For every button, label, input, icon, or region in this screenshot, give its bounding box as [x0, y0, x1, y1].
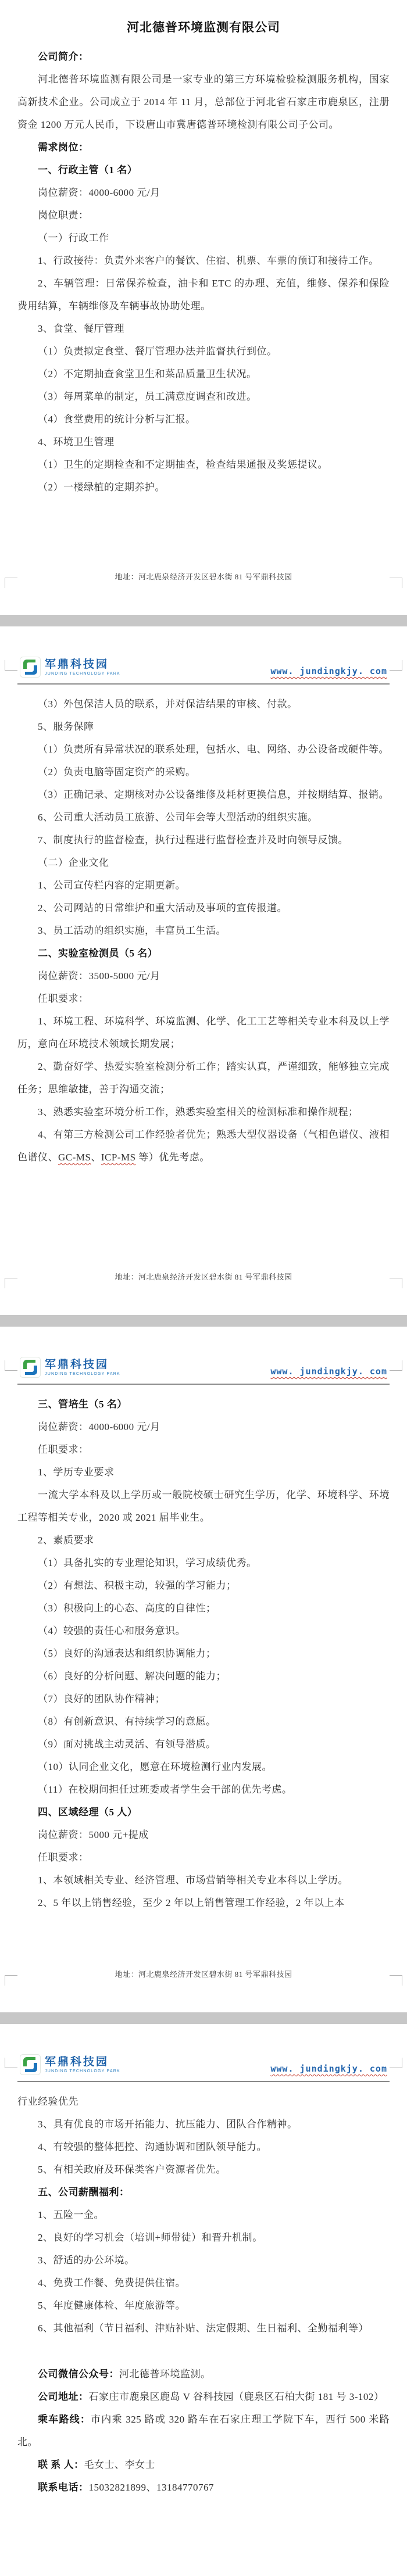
paragraph: （2）不定期抽查食堂卫生和菜品质量卫生状况。	[17, 363, 390, 385]
paragraph: 3、员工活动的组织实施，丰富员工生活。	[17, 919, 390, 942]
paragraph: 岗位薪资：3500-5000 元/月	[17, 965, 390, 987]
paragraph: 联 系 人：毛女士、李女士	[17, 2453, 390, 2476]
paragraph: 5、有相关政府及环保类客户资源者优先。	[17, 2158, 390, 2181]
paragraph: 1、行政接待：负责外来客户的餐饮、住宿、机票、车票的预订和接待工作。	[17, 249, 390, 272]
paragraph: 1、学历专业要求	[17, 1461, 390, 1484]
crop-mark	[390, 1278, 402, 1288]
page-content: 河北德普环境监测有限公司公司简介：河北德普环境监测有限公司是一家专业的第三方环境…	[0, 0, 407, 499]
crop-mark	[5, 2058, 17, 2068]
paragraph: 任职要求：	[17, 1846, 390, 1869]
text-run: 15032821899、13184770767	[89, 2482, 215, 2493]
junding-logo-icon	[20, 2054, 41, 2075]
paragraph: 公司微信公众号：河北德普环境监测。	[17, 2363, 390, 2385]
paragraph: （3）外包保洁人员的联系，并对保洁结果的审核、付款。	[17, 693, 390, 715]
paragraph: 岗位职责：	[17, 204, 390, 227]
paragraph: 河北德普环境监测有限公司是一家专业的第三方环境检验检测服务机构，国家高新技术企业…	[17, 68, 390, 136]
section-heading: 需求岗位：	[17, 136, 390, 159]
page-separator	[0, 1315, 407, 1327]
paragraph: 行业经验优先	[17, 2090, 390, 2113]
page-separator	[0, 615, 407, 626]
crop-mark	[390, 2058, 402, 2068]
paragraph: 2、素质要求	[17, 1529, 390, 1552]
document-page-1: 河北德普环境监测有限公司公司简介：河北德普环境监测有限公司是一家专业的第三方环境…	[0, 0, 407, 615]
page-content: 三、管培生（5 名）岗位薪资：4000-6000 元/月任职要求：1、学历专业要…	[0, 1385, 407, 1914]
paragraph: 2、良好的学习机会（培训+师带徒）和晋升机制。	[17, 2226, 390, 2249]
section-heading: 二、实验室检测员（5 名）	[17, 942, 390, 965]
spellcheck-term: GC-MS	[58, 1152, 91, 1163]
text-run: 毛女士、李女士	[84, 2459, 156, 2470]
paragraph: 6、其他福利（节日福利、津贴补贴、法定假期、生日福利、全勤福利等）	[17, 2317, 390, 2339]
text-run: 等）优先考虑。	[136, 1152, 210, 1163]
paragraph: 4、有较强的整体把控、沟通协调和团队领导能力。	[17, 2136, 390, 2158]
section-heading: 一、行政主管（1 名）	[17, 159, 390, 181]
footer-address: 地址：河北鹿泉经济开发区碧水街 81 号军鼎科技园	[115, 572, 292, 581]
website-link[interactable]: www. jundingkjy. com	[270, 1366, 387, 1377]
section-heading: 四、区域经理（5 人）	[17, 1801, 390, 1823]
paragraph: （4）较强的责任心和服务意识。	[17, 1620, 390, 1642]
document-page-4: 军鼎科技园JUNDING TECHNOLOGY PARKwww. junding…	[0, 2024, 407, 2576]
spellcheck-term: ICP-MS	[101, 1152, 136, 1163]
crop-mark	[5, 1278, 17, 1288]
logo-text-block: 军鼎科技园JUNDING TECHNOLOGY PARK	[45, 658, 120, 676]
paragraph: 乘车路线：市内乘 325 路或 320 路车在石家庄理工学院下车，西行 500 …	[17, 2408, 390, 2453]
paragraph: （4）食堂费用的统计分析与汇报。	[17, 408, 390, 431]
document: 河北德普环境监测有限公司公司简介：河北德普环境监测有限公司是一家专业的第三方环境…	[0, 0, 407, 2576]
text-run: 河北德普环境监测。	[119, 2369, 211, 2380]
page-footer: 地址：河北鹿泉经济开发区碧水街 81 号军鼎科技园	[0, 571, 407, 582]
junding-logo: 军鼎科技园JUNDING TECHNOLOGY PARK	[20, 657, 120, 678]
paragraph: 联系电话：15032821899、13184770767	[17, 2476, 390, 2499]
crop-mark	[390, 1360, 402, 1371]
footer-address: 地址：河北鹿泉经济开发区碧水街 81 号军鼎科技园	[115, 1970, 292, 1979]
paragraph: （2）有想法、积极主动，较强的学习能力；	[17, 1574, 390, 1597]
paragraph: 7、制度执行的监督检查，执行过程进行监督检查并及时向领导反馈。	[17, 829, 390, 851]
page-content: （3）外包保洁人员的联系，并对保洁结果的审核、付款。5、服务保障（1）负责所有异…	[0, 685, 407, 1169]
paragraph: （8）有创新意识、有持续学习的意愿。	[17, 1710, 390, 1733]
page-separator	[0, 2012, 407, 2024]
paragraph: 3、具有优良的市场开拓能力、抗压能力、团队合作精神。	[17, 2113, 390, 2136]
paragraph: 岗位薪资：4000-6000 元/月	[17, 181, 390, 204]
logo-subtitle: JUNDING TECHNOLOGY PARK	[45, 671, 120, 676]
website-link[interactable]: www. jundingkjy. com	[270, 666, 387, 676]
field-label: 联系电话：	[38, 2482, 89, 2493]
paragraph: 一流大学本科及以上学历或一般院校硕士研究生学历，化学、环境科学、环境工程等相关专…	[17, 1484, 390, 1529]
paragraph: （6）良好的分析问题、解决问题的能力；	[17, 1665, 390, 1688]
paragraph: 1、公司宣传栏内容的定期更新。	[17, 874, 390, 897]
paragraph: （10）认同企业文化，愿意在环境检测行业内发展。	[17, 1755, 390, 1778]
paragraph: （2）一楼绿植的定期养护。	[17, 476, 390, 499]
logo-name: 军鼎科技园	[45, 2056, 120, 2069]
paragraph: 任职要求：	[17, 1438, 390, 1461]
paragraph: （1）负责所有异常状况的联系处理，包括水、电、网络、办公设备或硬件等。	[17, 738, 390, 761]
paragraph: 岗位薪资：5000 元+提成	[17, 1823, 390, 1846]
field-label: 公司地址：	[38, 2391, 89, 2402]
paragraph: （11）在校期间担任过班委或者学生会干部的优先考虑。	[17, 1778, 390, 1801]
paragraph: （二）企业文化	[17, 851, 390, 874]
paragraph: 3、舒适的办公环境。	[17, 2249, 390, 2272]
paragraph: 2、5 年以上销售经验，至少 2 年以上销售管理工作经验，2 年以上本	[17, 1891, 390, 1914]
field-label: 乘车路线：	[38, 2414, 91, 2425]
paragraph: 岗位薪资：4000-6000 元/月	[17, 1416, 390, 1438]
footer-address: 地址：河北鹿泉经济开发区碧水街 81 号军鼎科技园	[115, 1273, 292, 1281]
crop-mark	[5, 1360, 17, 1371]
crop-mark	[390, 578, 402, 588]
paragraph: 1、本领域相关专业、经济管理、市场营销等相关专业本科以上学历。	[17, 1869, 390, 1891]
paragraph: 2、公司网站的日常维护和重大活动及事项的宣传报道。	[17, 897, 390, 919]
junding-logo-icon	[20, 657, 41, 678]
paragraph: （一）行政工作	[17, 227, 390, 249]
logo-subtitle: JUNDING TECHNOLOGY PARK	[45, 2069, 120, 2074]
crop-mark	[5, 1975, 17, 1986]
paragraph: （2）负责电脑等固定资产的采购。	[17, 761, 390, 783]
field-label: 联 系 人：	[38, 2459, 84, 2470]
section-heading: 三、管培生（5 名）	[17, 1393, 390, 1416]
paragraph: （7）良好的团队协作精神；	[17, 1688, 390, 1710]
paragraph: （3）正确记录、定期核对办公设备维修及耗材更换信息，并按期结算、报销。	[17, 783, 390, 806]
crop-mark	[5, 578, 17, 588]
paragraph: （3）每周菜单的制定，员工满意度调查和改进。	[17, 385, 390, 408]
logo-text-block: 军鼎科技园JUNDING TECHNOLOGY PARK	[45, 1359, 120, 1377]
paragraph: 3、食堂、餐厅管理	[17, 317, 390, 340]
paragraph: 6、公司重大活动员工旅游、公司年会等大型活动的组织实施。	[17, 806, 390, 829]
crop-mark	[5, 660, 17, 671]
paragraph: 5、服务保障	[17, 715, 390, 738]
logo-name: 军鼎科技园	[45, 1359, 120, 1371]
section-heading: 五、公司薪酬福利：	[17, 2181, 390, 2204]
text-run: 石家庄市鹿泉区鹿岛 V 谷科技园（鹿泉区石柏大街 181 号 3-102）	[89, 2391, 384, 2402]
vertical-spacer	[0, 2339, 407, 2363]
paragraph: （1）具备扎实的专业理论知识，学习成绩优秀。	[17, 1552, 390, 1574]
junding-logo-icon	[20, 1357, 41, 1378]
paragraph: 2、车辆管理：日常保养检查，油卡和 ETC 的办理、充值，维修、保养和保险费用结…	[17, 272, 390, 317]
document-page-3: 军鼎科技园JUNDING TECHNOLOGY PARKwww. junding…	[0, 1327, 407, 2012]
field-label: 公司微信公众号：	[38, 2369, 119, 2380]
crop-mark	[390, 1975, 402, 1986]
logo-text-block: 军鼎科技园JUNDING TECHNOLOGY PARK	[45, 2056, 120, 2074]
page-header: 军鼎科技园JUNDING TECHNOLOGY PARKwww. junding…	[0, 626, 407, 678]
paragraph: 3、熟悉实验室环境分析工作，熟悉实验室相关的检测标准和操作规程；	[17, 1101, 390, 1123]
paragraph: 2、勤奋好学、热爱实验室检测分析工作；踏实认真，严谨细致，能够独立完成任务；思维…	[17, 1055, 390, 1101]
paragraph: （3）积极向上的心态、高度的自律性；	[17, 1597, 390, 1620]
crop-mark	[390, 660, 402, 671]
page-footer: 地址：河北鹿泉经济开发区碧水街 81 号军鼎科技园	[0, 1271, 407, 1282]
paragraph: 4、有第三方检测公司工作经验者优先；熟悉大型仪器设备（气相色谱仪、液相色谱仪、G…	[17, 1123, 390, 1169]
logo-subtitle: JUNDING TECHNOLOGY PARK	[45, 1371, 120, 1377]
website-link[interactable]: www. jundingkjy. com	[270, 2063, 387, 2074]
junding-logo: 军鼎科技园JUNDING TECHNOLOGY PARK	[20, 1357, 120, 1378]
page-content: 行业经验优先3、具有优良的市场开拓能力、抗压能力、团队合作精神。4、有较强的整体…	[0, 2082, 407, 2499]
paragraph: 5、年度健康体检、年度旅游等。	[17, 2294, 390, 2317]
paragraph: 1、环境工程、环境科学、环境监测、化学、化工工艺等相关专业本科及以上学历，意向在…	[17, 1010, 390, 1055]
paragraph: 公司地址：石家庄市鹿泉区鹿岛 V 谷科技园（鹿泉区石柏大街 181 号 3-10…	[17, 2385, 390, 2408]
section-heading: 公司简介：	[17, 45, 390, 68]
document-title: 河北德普环境监测有限公司	[17, 19, 390, 36]
paragraph: 1、五险一金。	[17, 2204, 390, 2226]
logo-name: 军鼎科技园	[45, 658, 120, 671]
junding-logo: 军鼎科技园JUNDING TECHNOLOGY PARK	[20, 2054, 120, 2075]
paragraph: 任职要求：	[17, 987, 390, 1010]
page-header: 军鼎科技园JUNDING TECHNOLOGY PARKwww. junding…	[0, 1327, 407, 1378]
paragraph: 4、环境卫生管理	[17, 431, 390, 453]
text-run: 、	[91, 1152, 101, 1163]
document-page-2: 军鼎科技园JUNDING TECHNOLOGY PARKwww. junding…	[0, 626, 407, 1315]
page-header: 军鼎科技园JUNDING TECHNOLOGY PARKwww. junding…	[0, 2024, 407, 2075]
page-footer: 地址：河北鹿泉经济开发区碧水街 81 号军鼎科技园	[0, 1968, 407, 1980]
paragraph: （5）良好的沟通表达和组织协调能力；	[17, 1642, 390, 1665]
paragraph: （9）面对挑战主动灵活、有领导潜质。	[17, 1733, 390, 1755]
paragraph: 4、免费工作餐、免费提供住宿。	[17, 2272, 390, 2294]
paragraph: （1）卫生的定期检查和不定期抽查，检查结果通报及奖惩提议。	[17, 453, 390, 476]
paragraph: （1）负责拟定食堂、餐厅管理办法并监督执行到位。	[17, 340, 390, 363]
